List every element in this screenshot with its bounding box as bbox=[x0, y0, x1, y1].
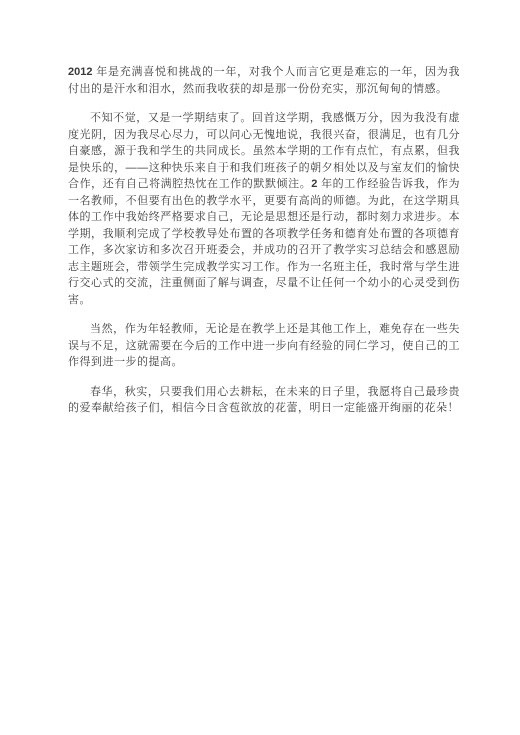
document-body: 2012 年是充满喜悦和挑战的一年，对我个人而言它更是难忘的一年，因为我付出的是… bbox=[68, 64, 460, 417]
paragraph-closing-text: 春华，秋实，只要我们用心去耕耘，在未来的日子里，我愿将自己最珍贵的爱奉献给孩子们… bbox=[68, 386, 460, 415]
paragraph-self-reflection-text: 当然，作为年轻教师，无论是在教学上还是其他工作上，难免存在一些失误与不足，这就需… bbox=[68, 323, 460, 368]
paragraph-semester-review: 不知不觉，又是一学期结束了。回首这学期，我感慨万分，因为我没有虚度光阴，因为我尽… bbox=[68, 110, 460, 308]
paragraph-self-reflection: 当然，作为年轻教师，无论是在教学上还是其他工作上，难免存在一些失误与不足，这就需… bbox=[68, 321, 460, 371]
paragraph-closing: 春华，秋实，只要我们用心去耕耘，在未来的日子里，我愿将自己最珍贵的爱奉献给孩子们… bbox=[68, 384, 460, 417]
year-number: 2012 bbox=[68, 66, 92, 78]
paragraph-semester-review-text-b: 年的工作经验告诉我，作为一名教师，不但要有出色的教学水平，更要有高尚的师德。为此… bbox=[68, 178, 460, 306]
paragraph-intro: 2012 年是充满喜悦和挑战的一年，对我个人而言它更是难忘的一年，因为我付出的是… bbox=[68, 64, 460, 97]
paragraph-intro-text: 年是充满喜悦和挑战的一年，对我个人而言它更是难忘的一年，因为我付出的是汗水和泪水… bbox=[68, 66, 460, 95]
document-page: 2012 年是充满喜悦和挑战的一年，对我个人而言它更是难忘的一年，因为我付出的是… bbox=[0, 0, 520, 735]
